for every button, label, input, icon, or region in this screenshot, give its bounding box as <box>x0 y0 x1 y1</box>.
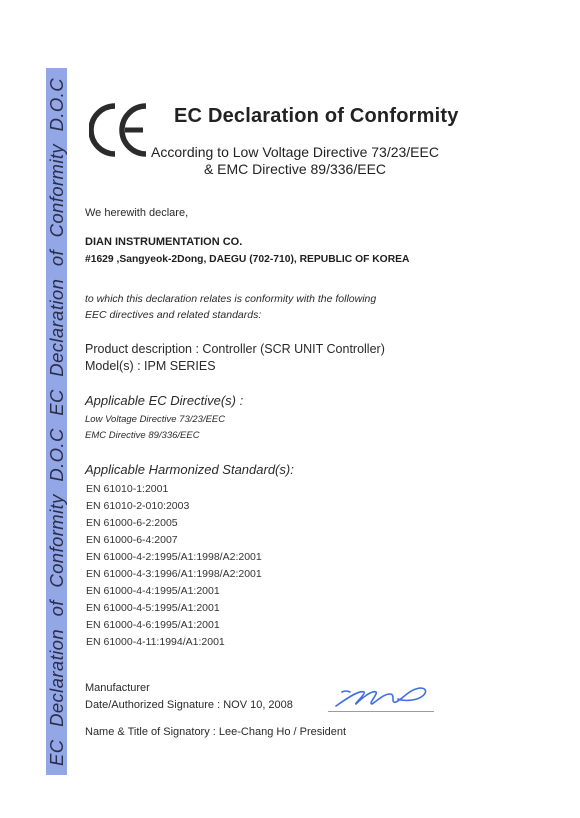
directives-heading: Applicable EC Directive(s) : <box>85 393 243 408</box>
relates-line-1: to which this declaration relates is con… <box>85 293 376 305</box>
standard-item: EN 61010-2-010:2003 <box>86 498 262 515</box>
standard-item: EN 61000-4-11:1994/A1:2001 <box>86 634 262 651</box>
document-subtitle: According to Low Voltage Directive 73/23… <box>150 144 440 178</box>
relates-line-2: EEC directives and related standards: <box>85 309 261 321</box>
date-signature-line: Date/Authorized Signature : NOV 10, 2008 <box>85 699 293 711</box>
document-title: EC Declaration of Conformity <box>174 105 459 128</box>
subtitle-line-1: According to Low Voltage Directive 73/23… <box>150 144 440 161</box>
handwritten-signature <box>328 676 438 716</box>
product-models: Model(s) : IPM SERIES <box>85 359 216 373</box>
company-name: DIAN INSTRUMENTATION CO. <box>85 236 242 248</box>
standards-list: EN 61010-1:2001 EN 61010-2-010:2003 EN 6… <box>86 481 262 651</box>
ce-mark-icon <box>89 103 151 157</box>
standard-item: EN 61000-4-4:1995/A1:2001 <box>86 583 262 600</box>
directive-item: EMC Directive 89/336/EEC <box>85 430 200 441</box>
declaration-intro: We herewith declare, <box>85 207 188 219</box>
standards-heading: Applicable Harmonized Standard(s): <box>85 462 294 477</box>
side-banner: EC Declaration of Conformity D.O.C EC De… <box>46 68 67 775</box>
standard-item: EN 61000-4-2:1995/A1:1998/A2:2001 <box>86 549 262 566</box>
standard-item: EN 61000-4-3:1996/A1:1998/A2:2001 <box>86 566 262 583</box>
directive-item: Low Voltage Directive 73/23/EEC <box>85 414 225 425</box>
product-description: Product description : Controller (SCR UN… <box>85 342 385 356</box>
standard-item: EN 61000-6-2:2005 <box>86 515 262 532</box>
standard-item: EN 61000-4-5:1995/A1:2001 <box>86 600 262 617</box>
subtitle-line-2: & EMC Directive 89/336/EEC <box>150 161 440 178</box>
standard-item: EN 61000-6-4:2007 <box>86 532 262 549</box>
signatory-line: Name & Title of Signatory : Lee-Chang Ho… <box>85 726 346 738</box>
standard-item: EN 61010-1:2001 <box>86 481 262 498</box>
signature-line <box>328 711 434 712</box>
company-address: #1629 ,Sangyeok-2Dong, DAEGU (702-710), … <box>85 254 409 265</box>
side-banner-text: EC Declaration of Conformity D.O.C EC De… <box>46 78 68 766</box>
manufacturer-label: Manufacturer <box>85 682 150 694</box>
standard-item: EN 61000-4-6:1995/A1:2001 <box>86 617 262 634</box>
